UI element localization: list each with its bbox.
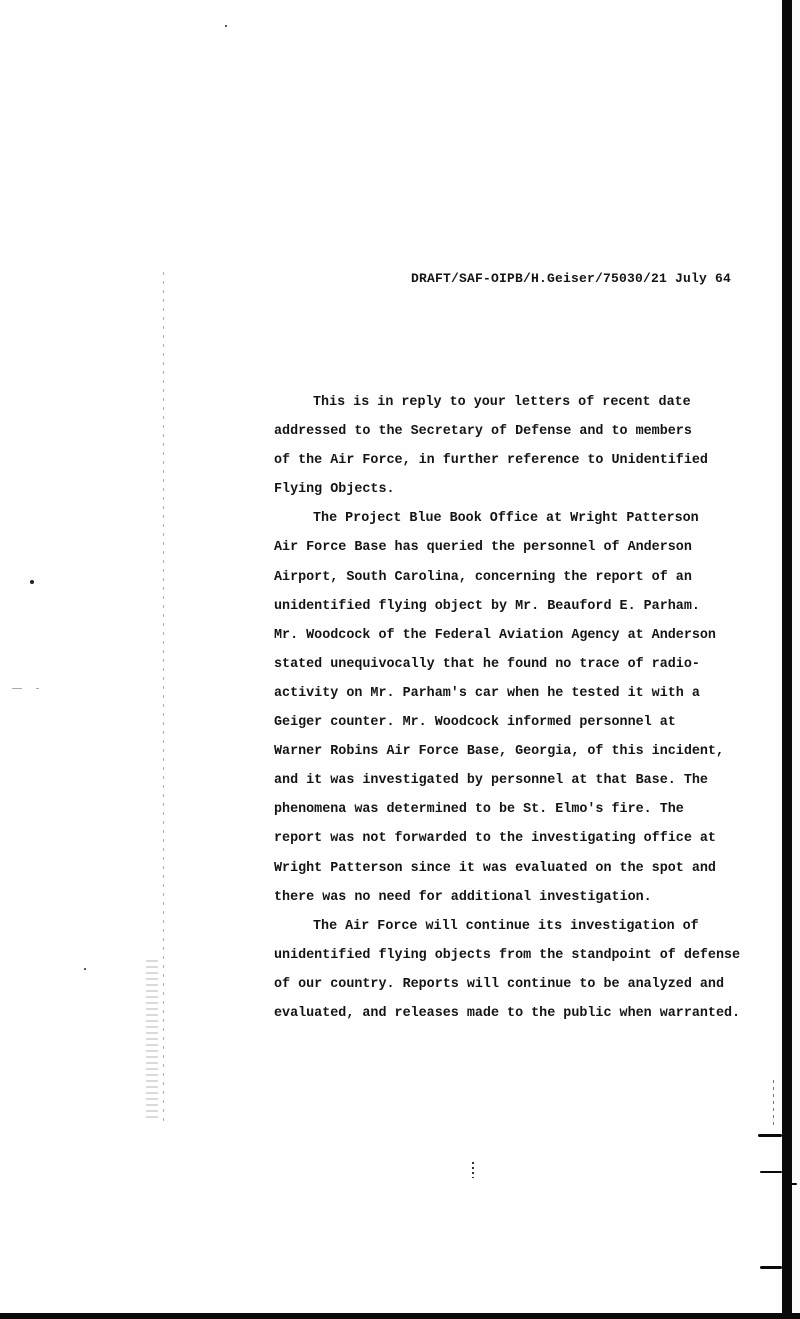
scanned-document-page: DRAFT/SAF-OIPB/H.Geiser/75030/21 July 64… [0,0,800,1319]
text-line: phenomena was determined to be St. Elmo'… [274,795,734,824]
text-line: addressed to the Secretary of Defense an… [274,417,734,446]
paragraph-1: This is in reply to your letters of rece… [274,388,734,504]
scan-marks [472,1162,474,1178]
text-line: there was no need for additional investi… [274,883,734,912]
scan-margin-line-right [773,1080,774,1125]
paragraph-2: The Project Blue Book Office at Wright P… [274,504,734,911]
text-line: Warner Robins Air Force Base, Georgia, o… [274,737,734,766]
text-line: The Project Blue Book Office at Wright P… [274,504,734,533]
text-line: activity on Mr. Parham's car when he tes… [274,679,734,708]
scan-tick [760,1266,782,1269]
scan-border-right-edge [792,0,800,1319]
scan-speckle [146,960,158,1122]
scan-margin-line [163,272,164,1122]
text-line: This is in reply to your letters of rece… [274,388,734,417]
document-reference-line: DRAFT/SAF-OIPB/H.Geiser/75030/21 July 64 [411,271,731,286]
text-line: The Air Force will continue its investig… [274,912,734,941]
text-line: report was not forwarded to the investig… [274,824,734,853]
paragraph-3: The Air Force will continue its investig… [274,912,734,1028]
scan-tick [758,1134,782,1137]
text-line: and it was investigated by personnel at … [274,766,734,795]
text-line: unidentified flying objects from the sta… [274,941,734,970]
text-line: Mr. Woodcock of the Federal Aviation Age… [274,621,734,650]
text-line: Geiger counter. Mr. Woodcock informed pe… [274,708,734,737]
text-line: Airport, South Carolina, concerning the … [274,563,734,592]
text-line: of our country. Reports will continue to… [274,970,734,999]
scan-tick [760,1171,782,1173]
scan-tick [787,1183,797,1185]
scan-border-bottom [0,1313,800,1319]
text-line: stated unequivocally that he found no tr… [274,650,734,679]
text-line: of the Air Force, in further reference t… [274,446,734,475]
text-line: Wright Patterson since it was evaluated … [274,854,734,883]
text-line: evaluated, and releases made to the publ… [274,999,734,1028]
text-line: Flying Objects. [274,475,734,504]
scan-border-right [782,0,792,1319]
text-line: unidentified flying object by Mr. Beaufo… [274,592,734,621]
scan-dot [84,968,86,970]
scan-dot [30,580,34,584]
scan-dash [12,688,22,689]
letter-body: This is in reply to your letters of rece… [274,388,734,1028]
text-line: Air Force Base has queried the personnel… [274,533,734,562]
scan-dash [36,688,39,689]
scan-dot [225,25,227,27]
